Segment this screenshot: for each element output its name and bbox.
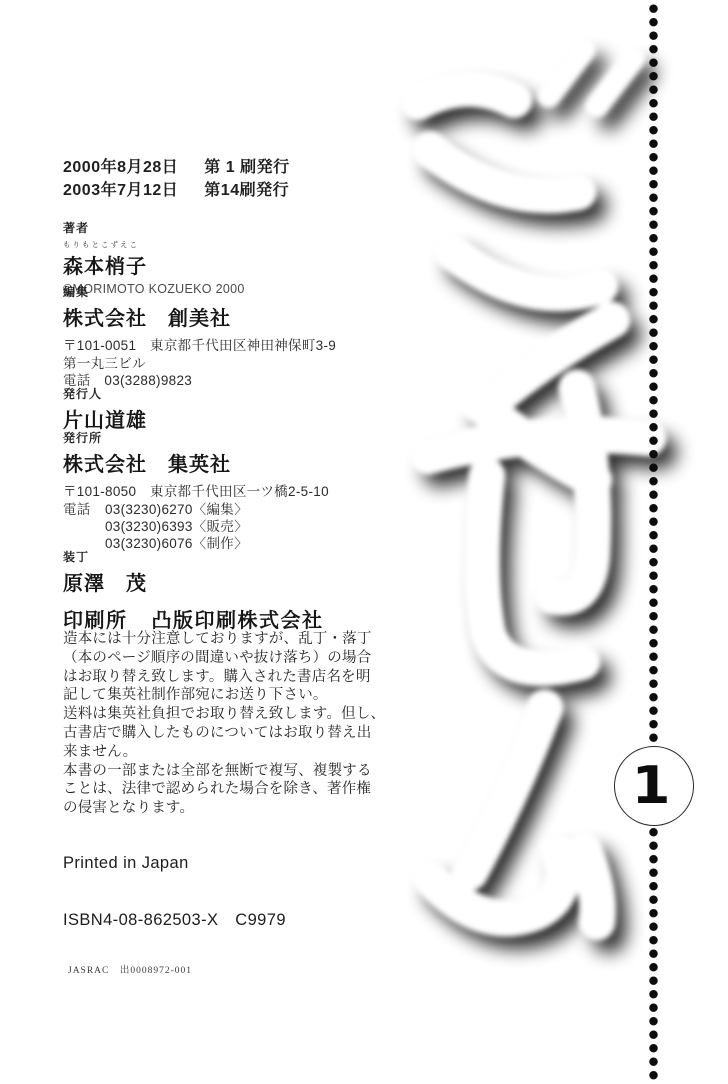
notice-line: 造本には十分注意しておりますが、乱丁・落丁 (63, 630, 403, 649)
designer-name: 原澤 茂 (63, 567, 147, 596)
notice-line: 記して集英社制作部宛にお送り下さい。 (63, 686, 403, 705)
volume-number: 1 (631, 760, 670, 812)
edition-date: 2000年8月28日 (63, 156, 178, 179)
editing-address-line1: 〒101-0051 東京都千代田区神田神保町3-9 (63, 337, 336, 355)
publisher-section: 発行所 株式会社 集英社 〒101-8050 東京都千代田区一ツ橋2-5-10 … (63, 429, 329, 552)
notice-line: 古書店で購入したものについてはお取り替え出 (63, 724, 403, 743)
edition-label: 第14刷発行 (204, 179, 289, 202)
publisher-company: 株式会社 集英社 (63, 448, 329, 477)
publisher-phone-row-1: 電話 03(3230)6270〈編集〉 (63, 501, 329, 518)
phone-prefix-spacer (63, 518, 105, 535)
editing-address-line2: 第一丸三ビル (63, 355, 336, 373)
edition-dates: 2000年8月28日 第 1 刷発行 2003年7月12日 第14刷発行 (63, 156, 290, 202)
edition-row-latest: 2003年7月12日 第14刷発行 (63, 179, 290, 202)
printer-section: 印刷所 凸版印刷株式会社 (63, 604, 324, 633)
author-name: 森本梢子 (63, 250, 245, 279)
isbn-line: ISBN4-08-862503-X C9979 (63, 911, 286, 930)
notice-line: （本のページ順序の間違いや抜け落ち）の場合 (63, 649, 403, 668)
editing-heading: 編集 (63, 283, 336, 300)
phone-prefix: 電話 (63, 501, 105, 518)
edition-row-first: 2000年8月28日 第 1 刷発行 (63, 156, 290, 179)
volume-number-badge: 1 (614, 746, 694, 826)
printer-heading: 印刷所 (63, 604, 128, 633)
publisher-address: 〒101-8050 東京都千代田区一ツ橋2-5-10 (63, 483, 329, 501)
dotted-border-line (649, 2, 658, 1082)
notice-line: 来ません。 (63, 743, 403, 762)
publisher-phone-editing: 03(3230)6270〈編集〉 (105, 501, 248, 518)
notice-line: ことは、法律で認められた場合を除き、著作権 (63, 780, 403, 799)
publisher-heading: 発行所 (63, 429, 329, 446)
design-heading: 装丁 (63, 548, 147, 565)
edition-label: 第 1 刷発行 (204, 156, 289, 179)
author-heading: 著者 (63, 219, 245, 236)
notice-line: はお取り替え致します。購入された書店名を明 (63, 668, 403, 687)
printer-company: 凸版印刷株式会社 (152, 604, 324, 633)
jasrac-license: JASRAC 出0008972-001 (68, 962, 192, 976)
notice-line: 本書の一部または全部を無断で複写、複製する (63, 762, 403, 781)
publisher-person-section: 発行人 片山道雄 (63, 385, 147, 433)
publisher-phone-row-2: 03(3230)6393〈販売〉 (63, 518, 329, 535)
publisher-person-heading: 発行人 (63, 385, 147, 402)
colophon-page: 1 2000年8月28日 第 1 刷発行 2003年7月12日 第14刷発行 著… (0, 0, 728, 1084)
legal-notice: 造本には十分注意しておりますが、乱丁・落丁 （本のページ順序の間違いや抜け落ち）… (63, 630, 403, 818)
printed-in-japan: Printed in Japan (63, 854, 286, 873)
edition-date: 2003年7月12日 (63, 179, 178, 202)
notice-line: 送料は集英社負担でお取り替え致します。但し、 (63, 705, 403, 724)
publisher-phone-sales: 03(3230)6393〈販売〉 (105, 518, 248, 535)
editing-company: 株式会社 創美社 (63, 302, 336, 331)
editing-section: 編集 株式会社 創美社 〒101-0051 東京都千代田区神田神保町3-9 第一… (63, 283, 336, 390)
printed-isbn-block: Printed in Japan ISBN4-08-862503-X C9979 (63, 816, 286, 968)
design-section: 装丁 原澤 茂 (63, 548, 147, 596)
author-furigana: もりもとこずえこ (63, 239, 245, 250)
